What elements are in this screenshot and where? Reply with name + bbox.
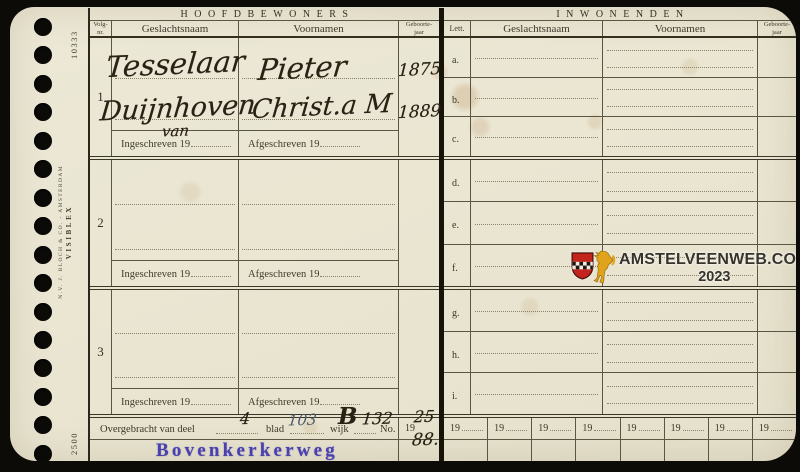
- hoofdbewoners-row-3: 3 Ingeschreven 19 Afgeschreven 19: [90, 290, 439, 418]
- form-number-top: 10333: [69, 13, 79, 59]
- overgebracht-label: Overgebracht van deel: [100, 424, 195, 435]
- handwritten-surname-prefix-2: van: [161, 121, 190, 140]
- inwonenden-column-headers: Lett. Geslachtsnaam Voornamen Geboorte- …: [444, 21, 796, 38]
- punch-hole: [34, 388, 52, 406]
- printer-imprint: N.V. J. BLOCH & CO. - AMSTERDAM VISIBLEX: [58, 145, 73, 319]
- watermark-site: AMSTELVEENWEB.COM: [619, 251, 796, 269]
- inwonenden-section: INWONENDEN Lett. Geslachtsnaam Voornamen…: [444, 8, 796, 461]
- col-header-geboortejaar-r: Geboorte- jaar: [758, 21, 796, 36]
- inwonenden-row-a: a.: [444, 38, 796, 78]
- col-header-geslachtsnaam: Geslachtsnaam: [112, 21, 239, 36]
- ingeschreven-label-3: Ingeschreven 19: [112, 388, 238, 414]
- col-header-lett: Lett.: [444, 21, 471, 36]
- col-header-geboortejaar: Geboorte- jaar: [399, 21, 439, 36]
- amstelveen-coat-of-arms: [571, 247, 619, 289]
- col-header-volgnr: Volg- nr.: [90, 21, 112, 36]
- punch-hole: [34, 331, 52, 349]
- punch-hole: [34, 445, 52, 461]
- handwritten-year-25: 25: [413, 407, 435, 427]
- handwritten-firstnames-2: Christ.a M: [251, 89, 394, 125]
- section-title-hoofdbewoners: HOOFDBEWONERS: [90, 8, 439, 21]
- punch-hole: [34, 246, 52, 264]
- year-cell: 19: [532, 418, 576, 439]
- inwonenden-row-e: e.: [444, 202, 796, 244]
- handwritten-deel: 4: [239, 409, 251, 428]
- section-title-inwonenden: INWONENDEN: [444, 8, 796, 21]
- handwritten-no: 132: [361, 408, 394, 428]
- ingeschreven-label-2: Ingeschreven 19: [112, 260, 238, 286]
- handwritten-surname-1: Tesselaar: [104, 44, 246, 84]
- inwonenden-row-h: h.: [444, 332, 796, 374]
- punch-hole: [34, 189, 52, 207]
- year-cell: 19: [621, 418, 665, 439]
- year-cell: 19: [709, 418, 753, 439]
- blad-label: blad: [266, 424, 284, 435]
- year-cells-row: 19 19 19 19 19 19 19 19: [444, 418, 796, 440]
- year-cell: 19: [665, 418, 709, 439]
- volgnr-2: 2: [90, 160, 112, 286]
- punch-hole: [34, 160, 52, 178]
- shield-icon: [571, 252, 594, 280]
- punch-hole: [34, 416, 52, 434]
- punch-hole: [34, 18, 52, 36]
- punch-hole: [34, 132, 52, 150]
- register-card: 10333 N.V. J. BLOCH & CO. - AMSTERDAM VI…: [10, 7, 796, 461]
- hoofdbewoners-column-headers: Volg- nr. Geslachtsnaam Voornamen Geboor…: [90, 21, 439, 38]
- hoofdbewoners-row-2: 2 Ingeschreven 19 Afgeschreven 19: [90, 160, 439, 290]
- inwonenden-row-d: d.: [444, 160, 796, 202]
- col-header-voornamen: Voornamen: [239, 21, 399, 36]
- year-cell: 19: [488, 418, 532, 439]
- inwonenden-row-b: b.: [444, 78, 796, 118]
- punch-hole: [34, 75, 52, 93]
- handwritten-birthyear-1: 1875: [398, 59, 442, 81]
- handwritten-house-number: 88.: [411, 429, 440, 450]
- col-header-voornamen-r: Voornamen: [603, 21, 758, 36]
- punch-hole: [34, 217, 52, 235]
- inwonenden-row-c: c.: [444, 117, 796, 156]
- volgnr-3: 3: [90, 290, 112, 414]
- printer-brand: VISIBLEX: [65, 205, 73, 259]
- inwonenden-row-i: i.: [444, 373, 796, 414]
- form-number-bottom: 2500: [69, 409, 79, 455]
- year-cell: 19: [753, 418, 796, 439]
- inwonenden-block-1: a. b. c.: [444, 38, 796, 160]
- punch-hole: [34, 359, 52, 377]
- punch-hole: [34, 46, 52, 64]
- handwritten-birthyear-2: 1889: [398, 101, 442, 123]
- scanned-register-card-page: { "header": { "left_title": "HOOFDBEWONE…: [0, 0, 800, 472]
- bottom-empty-row: [444, 440, 796, 461]
- inwonenden-block-3: g. h. i.: [444, 290, 796, 418]
- handwritten-firstnames-1: Pieter: [256, 49, 348, 87]
- year-cell: 19: [576, 418, 620, 439]
- punch-hole: [34, 274, 52, 292]
- afgeschreven-label-1: Afgeschreven 19: [239, 130, 398, 156]
- watermark: AMSTELVEENWEB.COM 2023: [571, 247, 796, 289]
- year-cell: 19: [444, 418, 488, 439]
- printer-name: N.V. J. BLOCH & CO. - AMSTERDAM: [58, 165, 64, 299]
- punch-hole: [34, 103, 52, 121]
- punch-hole: [34, 303, 52, 321]
- street-name-stamp: Bovenkerkerweg: [156, 440, 338, 461]
- afgeschreven-label-2: Afgeschreven 19: [239, 260, 398, 286]
- handwritten-blad: 103: [287, 410, 318, 429]
- inwonenden-row-g: g.: [444, 290, 796, 332]
- handwritten-wijk: B: [338, 403, 357, 430]
- col-header-geslachtsnaam-r: Geslachtsnaam: [471, 21, 603, 36]
- watermark-year: 2023: [619, 269, 796, 285]
